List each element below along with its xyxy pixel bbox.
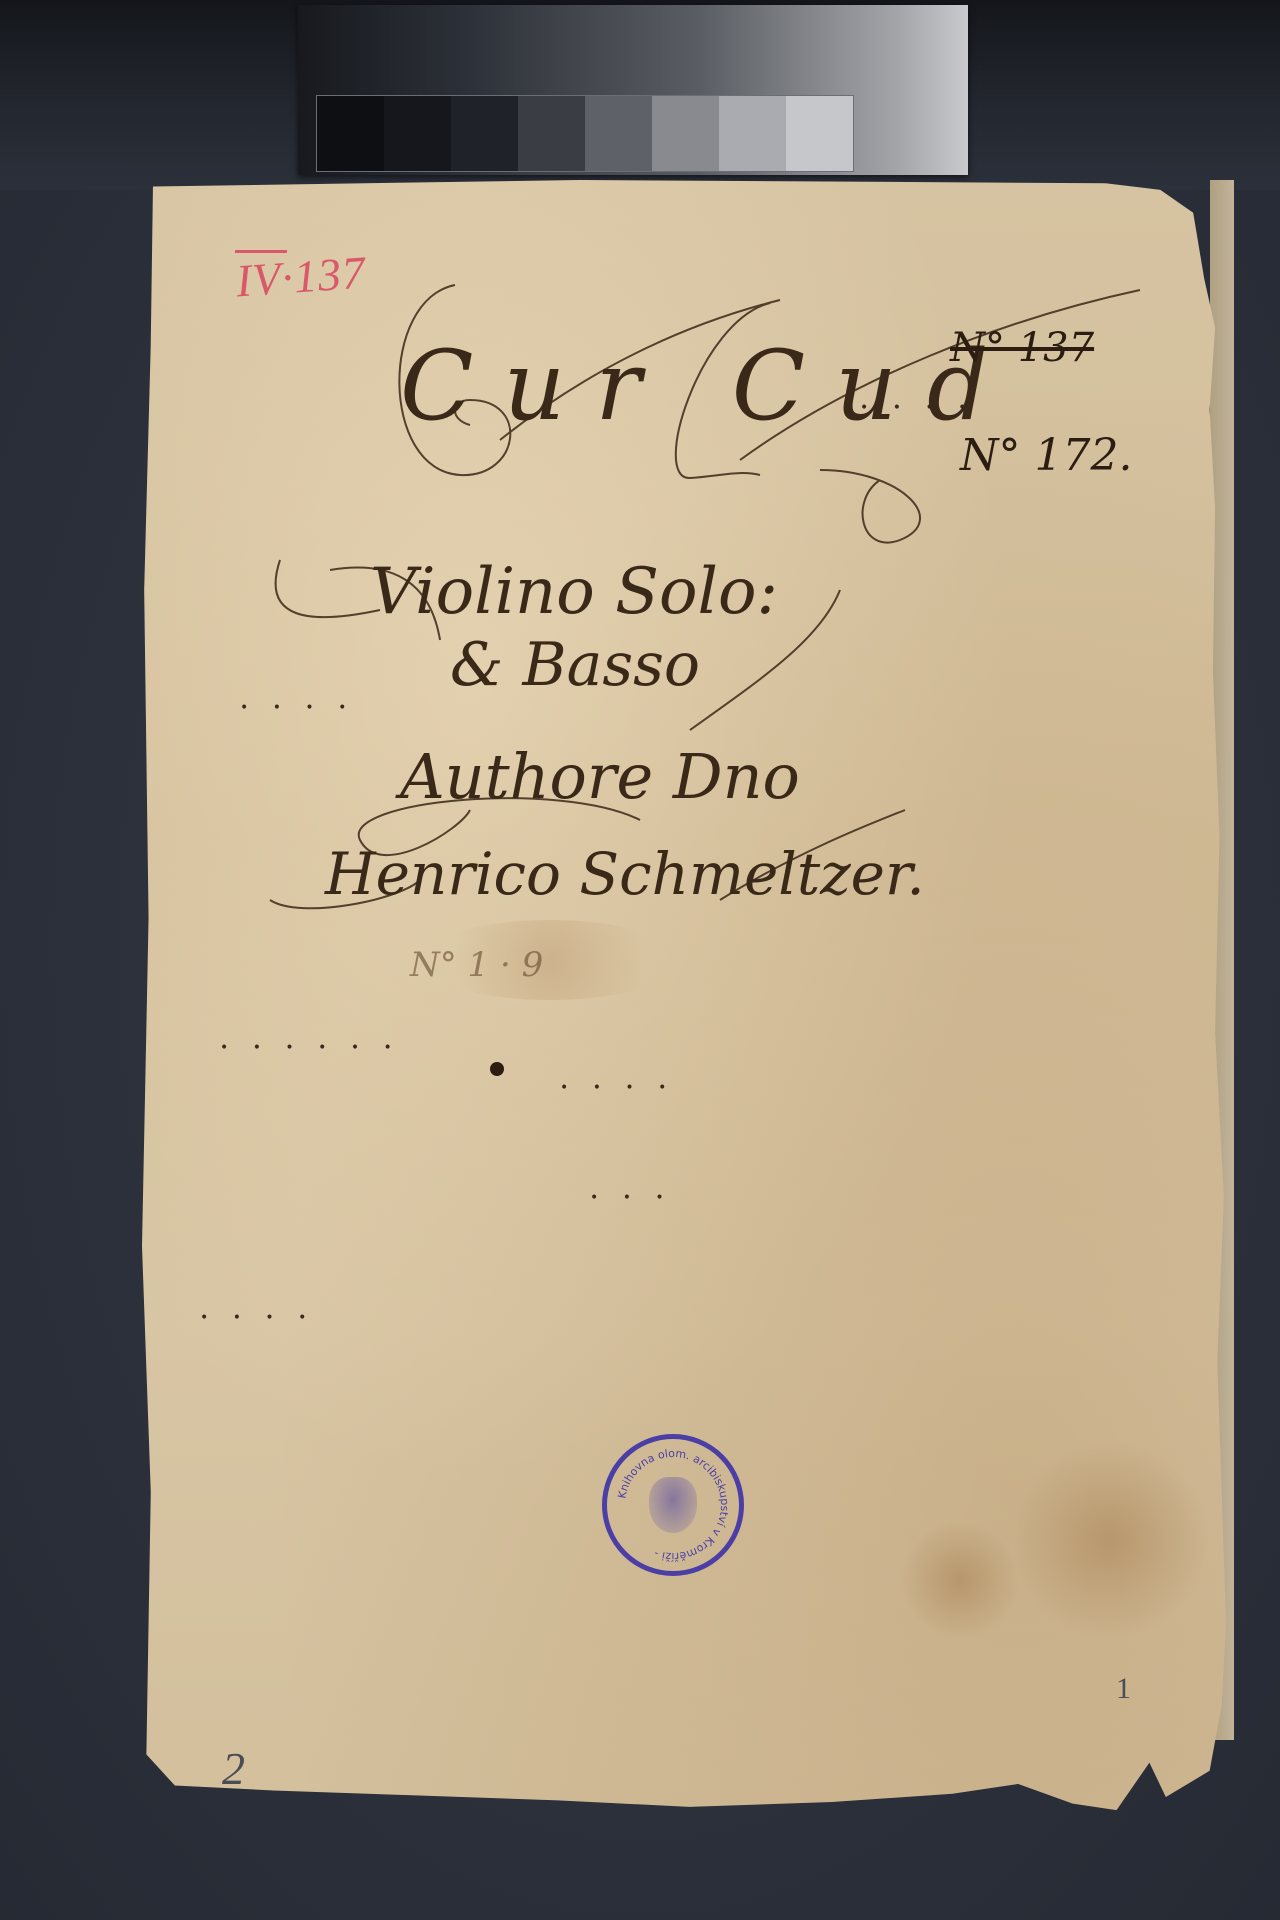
gray-patch bbox=[518, 96, 585, 171]
gray-patch bbox=[384, 96, 451, 171]
manuscript-line-author: Authore Dno bbox=[400, 740, 800, 813]
bleed-through-dots: • • • • • • bbox=[220, 1040, 402, 1056]
stamp-crest-icon bbox=[649, 1477, 697, 1533]
library-stamp: Knihovna olom. arcibiskupství v Kroměříž… bbox=[602, 1434, 744, 1576]
bleed-through-dots: • • • • bbox=[240, 700, 356, 716]
grayscale-target bbox=[316, 95, 854, 172]
ink-blot bbox=[490, 1062, 504, 1076]
bleed-through-dots: • • • • bbox=[560, 1080, 676, 1096]
gray-patch bbox=[585, 96, 652, 171]
red-shelfmark: IV·137 bbox=[234, 246, 367, 308]
crossed-out-number: N° 137 bbox=[950, 325, 1094, 371]
gray-patch bbox=[719, 96, 786, 171]
gray-patch bbox=[317, 96, 384, 171]
manuscript-line-instrument: Violino Solo: bbox=[370, 555, 778, 629]
bleed-through-dots: • • • • bbox=[200, 1310, 316, 1326]
stain bbox=[1010, 1440, 1210, 1640]
catalog-number: N° 172. bbox=[960, 430, 1132, 481]
gray-patch bbox=[652, 96, 719, 171]
manuscript-line-basso: & Basso bbox=[450, 630, 700, 700]
pencil-folio-number: 1 bbox=[1116, 1672, 1131, 1706]
gray-patch bbox=[786, 96, 853, 171]
pencil-number: 2 bbox=[222, 1742, 245, 1795]
bleed-through-dots: • • • bbox=[590, 1190, 674, 1206]
stain bbox=[900, 1520, 1020, 1640]
manuscript-faded-note: N° 1 · 9 bbox=[410, 945, 543, 985]
gray-patch bbox=[451, 96, 518, 171]
manuscript-heading: Cur Cud bbox=[400, 330, 1018, 442]
manuscript-line-composer: Henrico Schmeltzer. bbox=[325, 840, 925, 908]
